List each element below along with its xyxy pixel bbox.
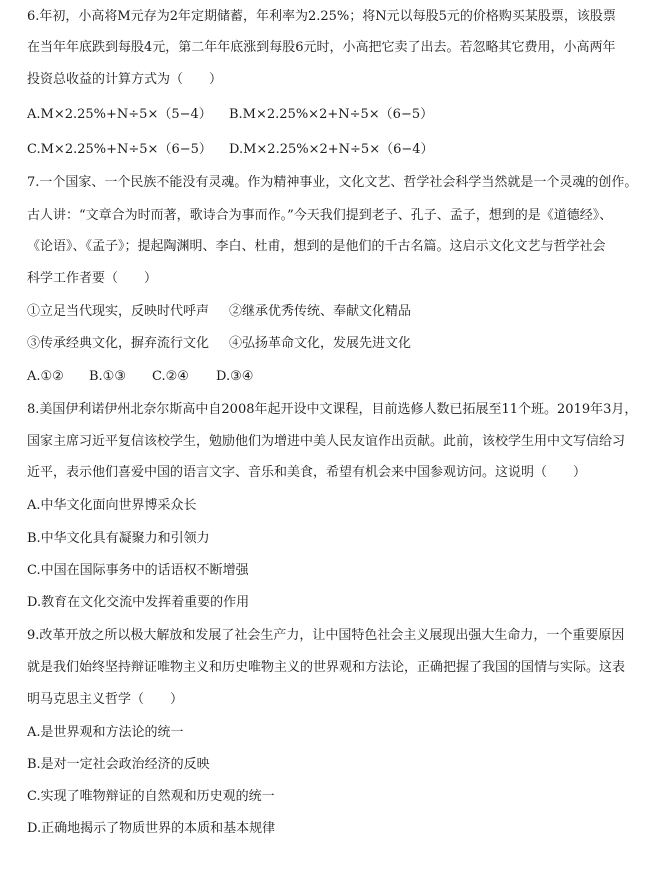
question-7-option-c: C.②④ — [152, 368, 189, 386]
question-9-stem-line-1: 9.改革开放之所以极大解放和发展了社会生产力，让中国特色社会主义展现出强大生命力… — [27, 627, 624, 645]
question-6-option-a: A.M×2.25%+N÷5×（5−4） — [27, 106, 212, 124]
question-7-stem-line-4: 科学工作者要（ ） — [27, 270, 157, 288]
question-6-option-c: C.M×2.25%+N÷5×（6−5） — [27, 141, 212, 159]
question-6-option-d: D.M×2.25%×2+N÷5×（6−4） — [229, 141, 434, 159]
question-7-item-4: ④弘扬革命文化，发展先进文化 — [229, 335, 411, 353]
question-7-stem-line-1: 7.一个国家、一个民族不能没有灵魂。作为精神事业，文化文艺、哲学社会科学当然就是… — [27, 174, 637, 192]
question-7-item-3: ③传承经典文化，摒弃流行文化 — [27, 335, 209, 353]
question-8-option-d: D.教育在文化交流中发挥着重要的作用 — [27, 594, 249, 612]
question-9-option-b: B.是对一定社会政治经济的反映 — [27, 756, 210, 774]
question-7-stem-line-3: 《论语》、《孟子》；提起陶渊明、李白、杜甫，想到的是他们的千古名篇。这启示文化文… — [27, 238, 606, 256]
question-9-option-c: C.实现了唯物辩证的自然观和历史观的统一 — [27, 788, 275, 806]
question-9-option-d: D.正确地揭示了物质世界的本质和基本规律 — [27, 820, 275, 838]
question-6-stem-line-1: 6.年初，小高将M元存为2年定期储蓄，年利率为2.25%；将N元以每股5元的价格… — [27, 8, 616, 26]
question-9-stem-line-3: 明马克思主义哲学（ ） — [27, 691, 183, 709]
question-7-option-b: B.①③ — [89, 368, 126, 386]
question-7-option-a: A.①② — [27, 368, 64, 386]
question-8-option-c: C.中国在国际事务中的话语权不断增强 — [27, 562, 249, 580]
question-7-item-2: ②继承优秀传统、奉献文化精品 — [229, 303, 411, 321]
question-7-option-d: D.③④ — [216, 368, 253, 386]
question-6-option-b: B.M×2.25%×2+N÷5×（6−5） — [229, 106, 433, 124]
question-6-stem-line-2: 在当年年底跌到每股4元，第二年年底涨到每股6元时，小高把它卖了出去。若忽略其它费… — [27, 39, 616, 57]
question-9-option-a: A.是世界观和方法论的统一 — [27, 724, 184, 742]
question-8-option-b: B.中华文化具有凝聚力和引领力 — [27, 530, 210, 548]
question-8-stem-line-1: 8.美国伊利诺伊州北奈尔斯高中自2008年起开设中文课程，目前选修人数已拓展至1… — [27, 401, 637, 419]
question-7-item-1: ①立足当代现实，反映时代呼声 — [27, 303, 209, 321]
question-8-option-a: A.中华文化面向世界博采众长 — [27, 497, 197, 515]
question-8-stem-line-2: 国家主席习近平复信该校学生，勉励他们为增进中美人民友谊作出贡献。此前，该校学生用… — [27, 433, 625, 451]
question-7-stem-line-2: 古人讲：“文章合为时而著，歌诗合为事而作。”今天我们提到老子、孔子、孟子，想到的… — [27, 207, 612, 225]
question-6-stem-line-3: 投资总收益的计算方式为（ ） — [27, 71, 222, 89]
question-8-stem-line-3: 近平，表示他们喜爱中国的语言文字、音乐和美食，希望有机会来中国参观访问。这说明（… — [27, 464, 586, 482]
question-9-stem-line-2: 就是我们始终坚持辩证唯物主义和历史唯物主义的世界观和方法论，正确把握了我国的国情… — [27, 659, 625, 677]
